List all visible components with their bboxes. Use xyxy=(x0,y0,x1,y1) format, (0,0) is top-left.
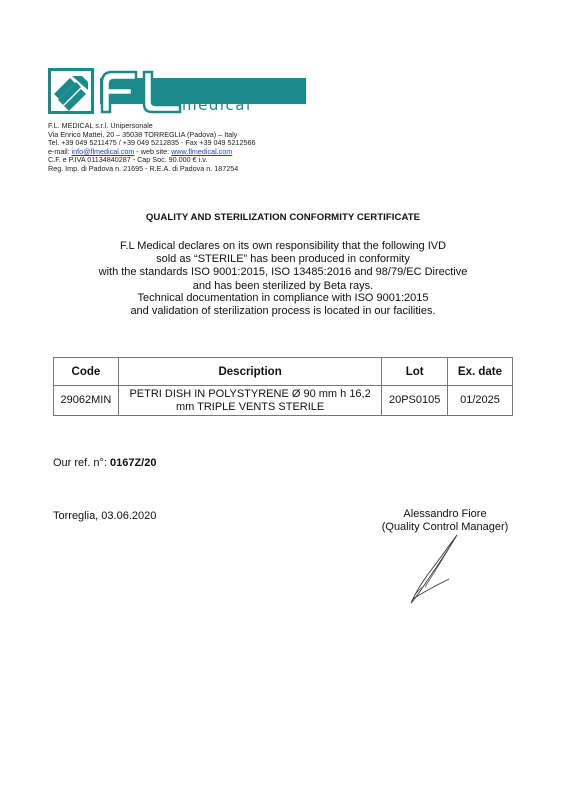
description-line: PETRI DISH IN POLYSTYRENE Ø 90 mm h 16,2 xyxy=(122,388,379,401)
document-title: QUALITY AND STERILIZATION CONFORMITY CER… xyxy=(0,212,566,223)
header-code: Code xyxy=(54,358,119,386)
reference-number: Our ref. n°: 0167Z/20 xyxy=(53,457,156,469)
signature-icon xyxy=(405,533,465,605)
cell-exp-date: 01/2025 xyxy=(447,386,512,416)
declaration-line: F.L Medical declares on its own responsi… xyxy=(0,240,566,253)
company-info: F.L. MEDICAL s.r.l. Unipersonale Via Enr… xyxy=(48,122,255,174)
header-lot: Lot xyxy=(382,358,448,386)
declaration-paragraph: F.L Medical declares on its own responsi… xyxy=(0,240,566,293)
documentation-line: Technical documentation in compliance wi… xyxy=(0,292,566,305)
product-table: Code Description Lot Ex. date 29062MIN P… xyxy=(53,357,513,416)
header-exp-date: Ex. date xyxy=(447,358,512,386)
signature-image xyxy=(405,533,465,605)
description-line: mm TRIPLE VENTS STERILE xyxy=(122,401,379,414)
cell-description: PETRI DISH IN POLYSTYRENE Ø 90 mm h 16,2… xyxy=(118,386,382,416)
company-registration: Reg. Imp. di Padova n. 21695 - R.E.A. di… xyxy=(48,165,255,174)
declaration-line: sold as “STERILE” has been produced in c… xyxy=(0,253,566,266)
cell-code: 29062MIN xyxy=(54,386,119,416)
documentation-paragraph: Technical documentation in compliance wi… xyxy=(0,292,566,318)
logo-text: medical xyxy=(182,96,252,114)
declaration-line: and has been sterilized by Beta rays. xyxy=(0,280,566,293)
cell-lot: 20PS0105 xyxy=(382,386,448,416)
place-date: Torreglia, 03.06.2020 xyxy=(53,510,156,522)
reference-value: 0167Z/20 xyxy=(110,457,156,469)
header-description: Description xyxy=(118,358,382,386)
table-row: 29062MIN PETRI DISH IN POLYSTYRENE Ø 90 … xyxy=(54,386,513,416)
signer-name: Alessandro Fiore xyxy=(370,508,520,521)
reference-label: Our ref. n°: xyxy=(53,457,110,469)
declaration-line: with the standards ISO 9001:2015, ISO 13… xyxy=(0,266,566,279)
documentation-line: and validation of sterilization process … xyxy=(0,305,566,318)
signer-block: Alessandro Fiore (Quality Control Manage… xyxy=(370,508,520,534)
company-logo: medical xyxy=(48,68,306,114)
table-header-row: Code Description Lot Ex. date xyxy=(54,358,513,386)
fl-medical-logo-icon: medical xyxy=(48,68,306,114)
